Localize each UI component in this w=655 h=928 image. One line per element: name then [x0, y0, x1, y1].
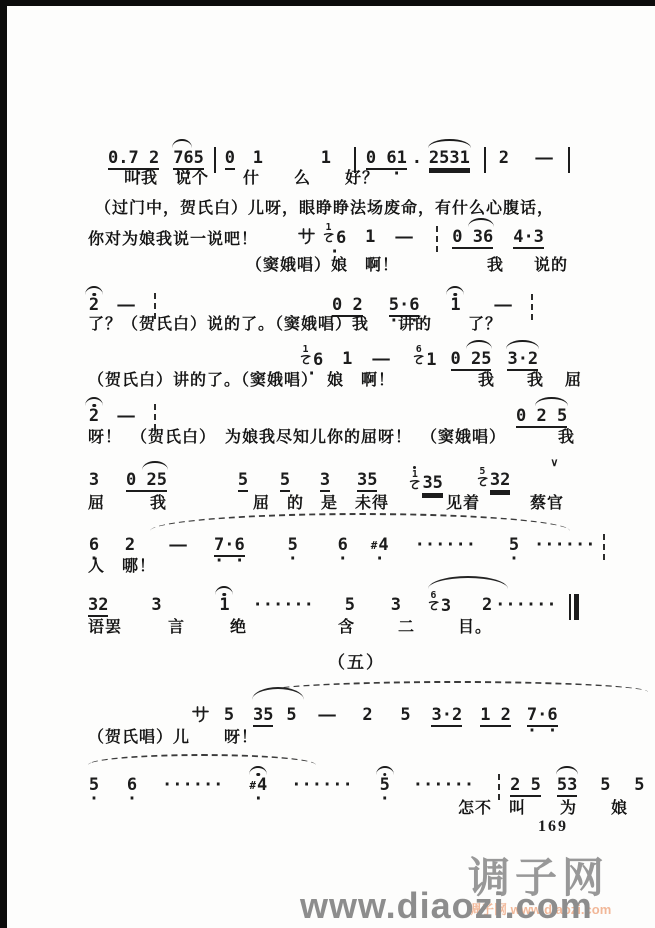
- phrase-slur-dashed: [262, 681, 648, 692]
- grace-note: 1: [409, 466, 420, 490]
- phrase-slur-dashed: [88, 754, 316, 765]
- lyric-line: 人 哪！: [88, 553, 156, 576]
- note-token: —: [538, 136, 550, 180]
- lyric-line: 叫我 说个 什 么 好？: [124, 165, 379, 188]
- grace-hook-icon: [428, 600, 439, 611]
- free-meter-mark: [192, 705, 209, 723]
- note-token: 135: [409, 458, 442, 507]
- breath-mark: ∨: [550, 458, 558, 471]
- note-token: ······: [252, 583, 313, 627]
- lyric-line: （贺氏白）讲的了。（窦娥唱） 娘 啊！: [88, 367, 395, 390]
- note-token: —: [398, 215, 410, 259]
- lyric-line: 屈 的 是 未得: [253, 490, 389, 513]
- barline-thin: [568, 147, 570, 173]
- note-token: 532: [477, 458, 510, 504]
- lyric-line: 蔡官: [530, 490, 564, 513]
- note-token: 5: [633, 763, 645, 807]
- slur: [428, 576, 508, 589]
- lyric-line: 我: [527, 367, 544, 390]
- note-token: 5: [399, 693, 411, 737]
- lyric-line: 我: [150, 490, 167, 513]
- lyric-line: 屈: [565, 367, 582, 390]
- lyric-line: （贺氏唱）儿 呀！: [88, 724, 258, 747]
- note-token: 3·2: [431, 693, 462, 739]
- note-token: 1: [218, 583, 230, 627]
- grace-hook-icon: [300, 354, 311, 365]
- grace-hook-icon: [409, 479, 420, 490]
- note-token: 7·6· ·: [527, 693, 558, 739]
- note-token: 5·: [88, 763, 100, 807]
- note-token: 2: [361, 693, 373, 737]
- grace-note: 5: [477, 467, 488, 487]
- lyric-line: 见着: [446, 490, 480, 513]
- lyric-line: 你对为娘我说一说吧！: [88, 226, 258, 249]
- note-token: 1: [449, 283, 461, 327]
- note-token: #4·: [249, 763, 267, 807]
- lyric-line: 目。: [458, 614, 492, 637]
- sanban-icon: [192, 705, 209, 723]
- note-token: ······: [291, 763, 352, 807]
- lyric-line: 了？（贺氏白）说的了。（窦娥唱）我: [88, 311, 369, 334]
- lyric-line: 屈: [88, 490, 105, 513]
- score-page: 0.7 2 · 765·· 0 1 1 0 61 ·. 2531 2 — 叫我 …: [0, 0, 655, 928]
- free-meter-mark: [298, 227, 315, 245]
- barline-dash: [531, 294, 533, 320]
- note-token: 5·: [379, 763, 391, 807]
- scan-left-edge: [0, 0, 7, 928]
- note-token: —: [321, 693, 333, 737]
- note-token: 63: [428, 583, 451, 628]
- grace-note: 6: [413, 345, 424, 365]
- lyric-line: 二: [398, 614, 415, 637]
- notation-group: 32 3 1 ······ 5 3 63 2 ······: [88, 583, 579, 629]
- note-token: .: [411, 136, 423, 180]
- lyric-line: 呀！ （贺氏白） 为娘我尽知儿你的屈呀！ （窦娥唱）: [88, 424, 506, 447]
- lyric-line: 说的: [534, 252, 568, 275]
- lyric-line: 绝: [230, 614, 247, 637]
- grace-note: 1: [300, 345, 311, 365]
- note-token: 6·: [126, 763, 138, 807]
- note-token: ······: [162, 763, 223, 807]
- note-token: 61: [413, 337, 436, 382]
- lyric-line: 言: [168, 614, 185, 637]
- note-token: 2531: [429, 136, 470, 182]
- lyric-line: 含: [338, 614, 355, 637]
- lyric-line: （窦娥唱）娘 啊！: [246, 252, 399, 275]
- page-number: 169: [538, 818, 568, 836]
- grace-note: 1: [323, 223, 334, 243]
- grace-note: 6: [428, 591, 439, 611]
- note-token: ······: [495, 583, 556, 627]
- phrase-slur-dashed: [150, 513, 570, 531]
- lyric-line: 怎不 叫 为 娘: [458, 795, 628, 818]
- barline-dash: [436, 226, 438, 252]
- watermark-site-url: www.diaozi.com: [300, 885, 593, 927]
- grace-hook-icon: [413, 354, 424, 365]
- scan-top-edge: [0, 0, 655, 6]
- lyric-line: 我: [558, 424, 575, 447]
- lyric-line: 讲的: [398, 311, 432, 334]
- lyric-line: 我: [487, 252, 504, 275]
- note-token: 3: [150, 583, 162, 627]
- note-token: 1 2: [480, 693, 511, 739]
- barline-dash: [603, 534, 605, 560]
- barline-final: [569, 594, 579, 620]
- lyric-line: 了？: [468, 311, 502, 334]
- note-token: 2: [498, 136, 510, 180]
- barline-thin: [484, 147, 486, 173]
- lyric-line: 我: [478, 367, 495, 390]
- note-token: 5: [237, 458, 249, 504]
- grace-hook-icon: [323, 232, 334, 243]
- sanban-icon: [298, 227, 315, 245]
- lyric-line: 语罢: [88, 614, 122, 637]
- grace-hook-icon: [477, 476, 488, 487]
- section-header: （五）: [328, 648, 385, 673]
